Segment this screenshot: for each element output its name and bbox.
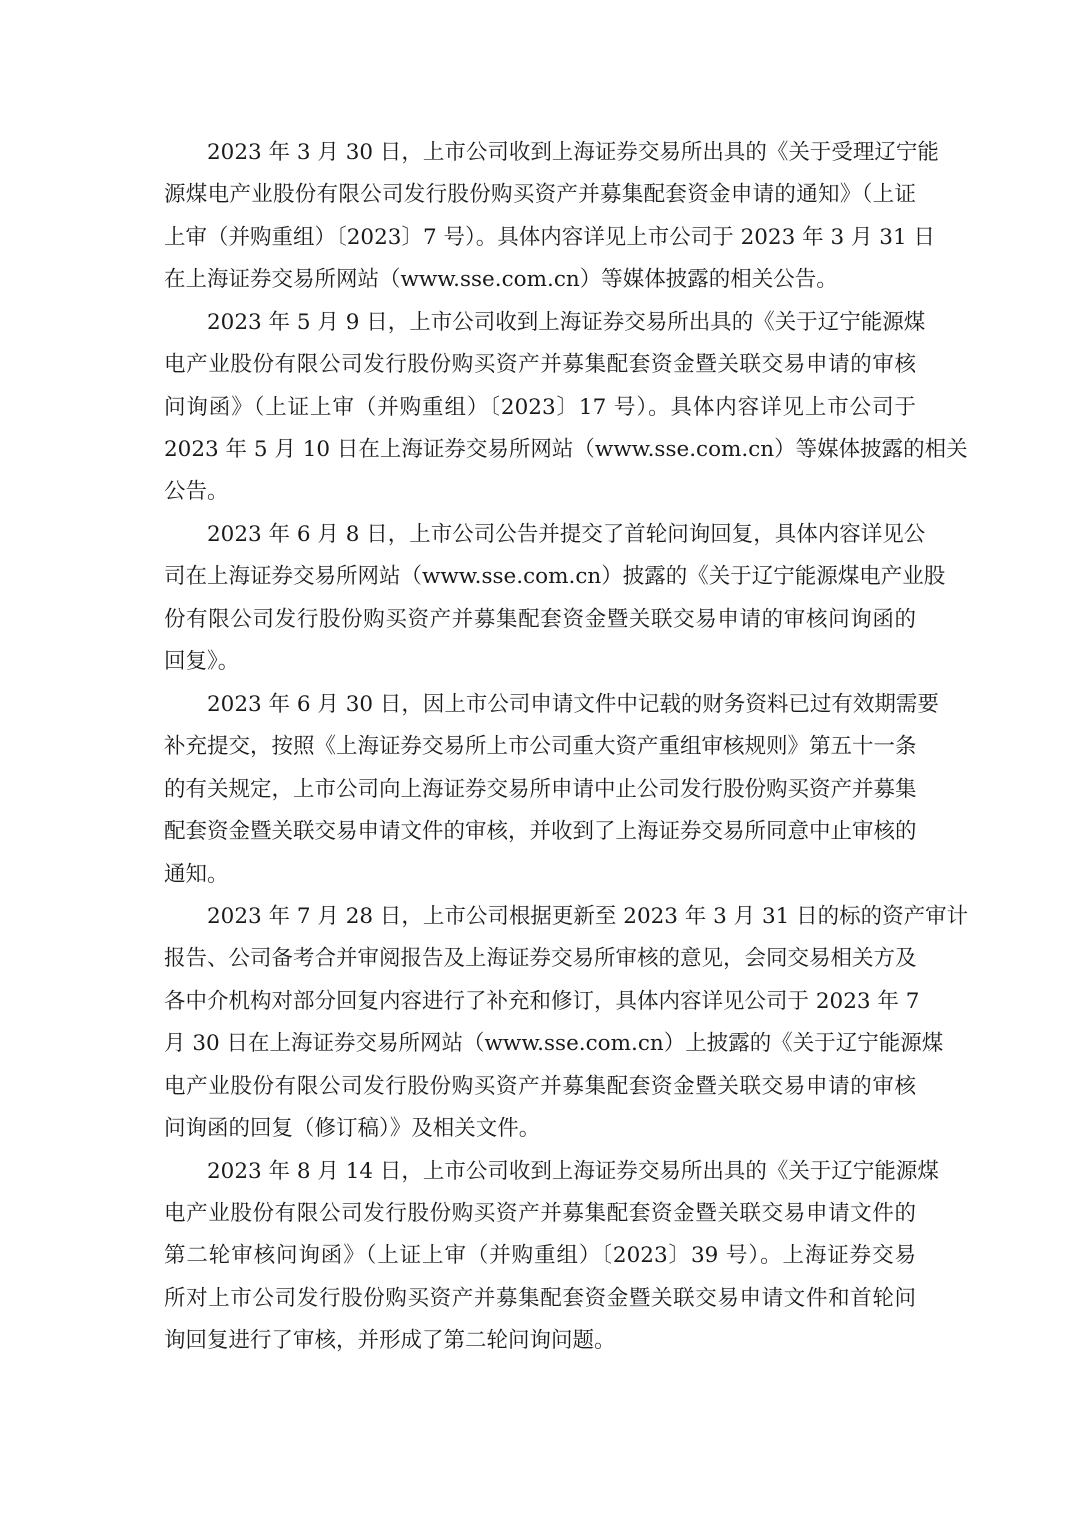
paragraph-line: 电产业股份有限公司发行股份购买资产并募集配套资金暨关联交易申请的审核 xyxy=(164,1072,916,1102)
paragraph-line: 通知。 xyxy=(164,860,229,890)
paragraph-line: 问询函的回复（修订稿）》及相关文件。 xyxy=(164,1114,540,1144)
paragraph-line: 报告、公司备考合并审阅报告及上海证券交易所审核的意见，会同交易相关方及 xyxy=(164,944,916,974)
paragraph-line: 询回复进行了审核，并形成了第二轮问询问题。 xyxy=(164,1326,616,1356)
paragraph-line: 第二轮审核问询函》（上证上审（并购重组）〔2023〕39 号）。上海证券交易 xyxy=(164,1241,916,1271)
paragraph-line: 2023 年 8 月 14 日，上市公司收到上海证券交易所出具的《关于辽宁能源煤 xyxy=(207,1157,916,1187)
paragraph-line: 源煤电产业股份有限公司发行股份购买资产并募集配套资金申请的通知》（上证 xyxy=(164,180,916,210)
paragraph-line: 上审（并购重组）〔2023〕7 号）。具体内容详见上市公司于 2023 年 3 … xyxy=(164,223,916,253)
paragraph-line: 份有限公司发行股份购买资产并募集配套资金暨关联交易申请的审核问询函的 xyxy=(164,605,916,635)
paragraph-line: 所对上市公司发行股份购买资产并募集配套资金暨关联交易申请文件和首轮问 xyxy=(164,1284,916,1314)
document-page: 2023 年 3 月 30 日，上市公司收到上海证券交易所出具的《关于受理辽宁能… xyxy=(0,0,1080,1527)
paragraph-line: 补充提交，按照《上海证券交易所上市公司重大资产重组审核规则》第五十一条 xyxy=(164,732,916,762)
paragraph-line: 2023 年 6 月 8 日，上市公司公告并提交了首轮问询回复，具体内容详见公 xyxy=(207,520,916,550)
paragraph-line: 2023 年 7 月 28 日，上市公司根据更新至 2023 年 3 月 31 … xyxy=(207,902,916,932)
paragraph-line: 公告。 xyxy=(164,477,229,507)
paragraph-line: 司在上海证券交易所网站（www.sse.com.cn）披露的《关于辽宁能源煤电产… xyxy=(164,562,916,592)
paragraph-line: 电产业股份有限公司发行股份购买资产并募集配套资金暨关联交易申请文件的 xyxy=(164,1199,916,1229)
paragraph-line: 问询函》（上证上审（并购重组）〔2023〕17 号）。具体内容详见上市公司于 xyxy=(164,393,916,423)
paragraph-line: 月 30 日在上海证券交易所网站（www.sse.com.cn）上披露的《关于辽… xyxy=(164,1029,916,1059)
paragraph-line: 各中介机构对部分回复内容进行了补充和修订，具体内容详见公司于 2023 年 7 xyxy=(164,987,916,1017)
paragraph-line: 2023 年 5 月 9 日，上市公司收到上海证券交易所出具的《关于辽宁能源煤 xyxy=(207,308,916,338)
paragraph-line: 回复》。 xyxy=(164,647,239,677)
paragraph-line: 的有关规定，上市公司向上海证券交易所申请中止公司发行股份购买资产并募集 xyxy=(164,775,916,805)
paragraph-line: 2023 年 6 月 30 日，因上市公司申请文件中记载的财务资料已过有效期需要 xyxy=(207,690,916,720)
paragraph-line: 在上海证券交易所网站（www.sse.com.cn）等媒体披露的相关公告。 xyxy=(164,265,838,295)
paragraph-line: 配套资金暨关联交易申请文件的审核，并收到了上海证券交易所同意中止审核的 xyxy=(164,817,916,847)
paragraph-line: 2023 年 3 月 30 日，上市公司收到上海证券交易所出具的《关于受理辽宁能 xyxy=(207,138,916,168)
paragraph-line: 电产业股份有限公司发行股份购买资产并募集配套资金暨关联交易申请的审核 xyxy=(164,350,916,380)
paragraph-line: 2023 年 5 月 10 日在上海证券交易所网站（www.sse.com.cn… xyxy=(164,435,916,465)
